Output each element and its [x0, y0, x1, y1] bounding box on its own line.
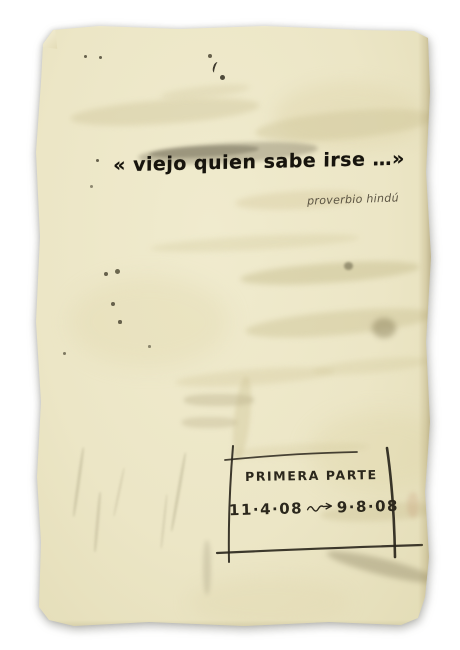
ghost-stroke	[72, 447, 85, 517]
edge-stain	[407, 492, 419, 518]
watercolor-wash	[150, 231, 360, 256]
notebook-page: « viejo quien sabe irse …» proverbio hin…	[29, 22, 432, 630]
watercolor-blot	[372, 318, 396, 338]
paper-deckle-edge-right	[418, 22, 432, 630]
ink-speck	[115, 269, 120, 274]
ink-speck	[208, 54, 212, 58]
ink-squiggle-mark	[211, 61, 220, 73]
ink-speck	[63, 352, 66, 355]
ghost-stroke	[93, 492, 101, 552]
ink-speck	[84, 55, 87, 58]
watercolor-wash	[244, 303, 435, 343]
paper-edge-top	[29, 22, 432, 28]
paper-edge-bottom	[29, 620, 432, 630]
ghost-stroke	[113, 467, 125, 516]
ghost-stroke	[170, 452, 187, 531]
watercolor-blot	[344, 262, 353, 270]
ink-speck	[148, 345, 151, 348]
date-start: 11·4·08	[229, 499, 304, 519]
paper-mottle	[69, 277, 229, 367]
squiggle-arrow-right-icon	[306, 500, 334, 515]
scan-background: « viejo quien sabe irse …» proverbio hin…	[0, 0, 460, 650]
watercolor-wash	[240, 257, 421, 290]
ghost-stroke	[160, 494, 168, 549]
ink-speck	[99, 56, 102, 59]
ink-speck	[90, 185, 93, 188]
ghost-text-smudge	[184, 394, 254, 406]
corner-fold	[37, 26, 63, 52]
watercolor-wash	[312, 354, 433, 378]
date-end: 9·8·08	[337, 497, 400, 517]
ink-speck	[118, 320, 122, 324]
ink-speck	[111, 302, 115, 306]
ink-speck	[104, 272, 108, 276]
quote-text: « viejo quien sabe irse …»	[84, 147, 434, 177]
part-box-title: PRIMERA PARTE	[245, 467, 380, 484]
watercolor-wash	[175, 363, 336, 390]
paper-edge-left	[29, 22, 36, 630]
ghost-text-smudge	[182, 417, 237, 428]
ink-speck	[220, 75, 225, 80]
paper-shadow: « viejo quien sabe irse …» proverbio hin…	[29, 22, 432, 630]
